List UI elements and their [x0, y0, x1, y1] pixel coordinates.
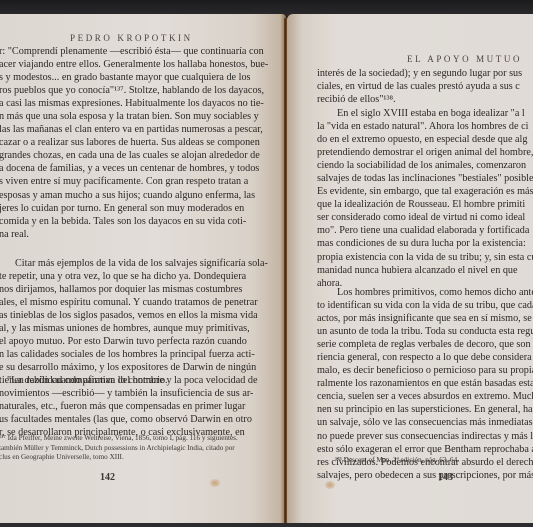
text-line: do en el extremo opuesto, en especial de… — [317, 133, 533, 146]
text-line: pretendiendo demostrar el origen animal … — [317, 146, 533, 159]
text-line: que la idealización de Rousseau. El homb… — [317, 198, 533, 211]
footnote-line: ¹³⁷ Ida Pfeiffer, Meine zweite Weltreise… — [0, 434, 238, 444]
text-line: no puede prever sus consecuencias indire… — [317, 430, 533, 443]
text-line: propia existencia con la vida de su trib… — [317, 251, 533, 264]
text-line: Es evidente, sin embargo, que tal exager… — [317, 185, 533, 198]
text-line: cencia, suelen ser a veces absurdos en e… — [317, 390, 533, 403]
right-paragraph-2: En el siglo XVIII estaba en boga idealiz… — [317, 107, 533, 290]
text-line: cazar o a realizar sus labores de huerta… — [0, 136, 268, 149]
text-line: las las mañanas el clan entero va en par… — [0, 123, 268, 136]
text-line: a casi las mismas expresiones. Habitualm… — [0, 97, 268, 110]
text-line: e su desarrollo máximo, y los expositore… — [0, 361, 268, 374]
footnote-line: clus en Geographie Universelle, tomo XII… — [0, 453, 238, 463]
left-footnotes: ¹³⁷ Ida Pfeiffer, Meine zweite Weltreise… — [0, 434, 238, 463]
paper-stain — [210, 479, 220, 487]
text-line: la "vida en estado natural". Ahora los h… — [317, 120, 533, 133]
text-line: as tinieblas de los siglos pasados, vemo… — [0, 309, 268, 322]
text-line: n más que una sola esposa y la tratan bi… — [0, 110, 268, 123]
left-page-number: 142 — [100, 472, 115, 483]
left-running-head: PEDRO KROPOTKIN — [70, 33, 193, 43]
text-line: s viven entre sí muy pacíficamente. Con … — [0, 175, 268, 188]
paper-stain — [325, 481, 335, 489]
text-line: manidad nunca hubiera alcanzado el nivel… — [317, 264, 533, 277]
background-bottom — [0, 523, 533, 527]
text-line: un salvaje, sólo ve las consecuencias má… — [317, 416, 533, 429]
text-line: "La debilidad comparativa del hombre y l… — [0, 374, 258, 387]
text-line: grandes chozas, en cada una de las cuale… — [0, 149, 268, 162]
text-line: mas condiciones de su dura lucha por la … — [317, 237, 533, 250]
right-paragraph-1: interés de la sociedad); y en segundo lu… — [317, 67, 522, 106]
right-page-number: 143 — [438, 472, 453, 483]
text-line: En el siglo XVIII estaba en boga idealiz… — [317, 107, 533, 120]
right-paragraph-3: Los hombres primitivos, como hemos dicho… — [317, 286, 533, 482]
left-paragraph-1: r: "Comprendí plenamente —escribió ésta—… — [0, 45, 268, 241]
right-page: EL APOYO MUTUO interés de la sociedad); … — [287, 14, 533, 523]
text-line: riencia general, con respecto a lo que d… — [317, 351, 533, 364]
text-line: interés de la sociedad); y en segundo lu… — [317, 67, 522, 80]
text-line: mo". Pero tiene una cualidad elaborada y… — [317, 224, 533, 237]
text-line: Citar más ejemplos de la vida de los sal… — [0, 257, 268, 270]
left-paragraph-2: Citar más ejemplos de la vida de los sal… — [0, 257, 268, 387]
text-line: actos, por más insignificante que sea en… — [317, 312, 533, 325]
footnote-line: también Müller y Temminck, Dutch possess… — [0, 444, 238, 454]
text-line: nen su principio en las supersticiones. … — [317, 403, 533, 416]
text-line: ales, el mismo espíritu comunal. Y cuand… — [0, 296, 268, 309]
text-line: to identifican su vida con la vida de su… — [317, 299, 533, 312]
right-footnotes: ¹³⁸ Descent of Man, 2ª edición, pág. 63,… — [335, 456, 459, 466]
text-line: esto sólo exageran el error que Bentham … — [317, 443, 533, 456]
text-line: ralmente los razonamientos en que están … — [317, 377, 533, 390]
left-paragraph-3: "La debilidad comparativa del hombre y l… — [0, 374, 258, 439]
text-line: a docena de familias, y a veces un cente… — [0, 162, 268, 175]
text-line: ciendo la sociabilidad de los animales, … — [317, 159, 533, 172]
text-line: r: "Comprendí plenamente —escribió ésta—… — [0, 45, 268, 58]
text-line: us facultades mentales (las que, como ob… — [0, 413, 258, 426]
text-line: comida y en la bebida. Tales son los day… — [0, 215, 268, 228]
text-line: acer viajando entre ellos. Generalmente … — [0, 58, 268, 71]
running-head-text: PEDRO KROPOTKIN — [70, 33, 193, 43]
text-line: al, y las mismas uniones de hombres, aun… — [0, 322, 268, 335]
text-line: jeres lo cuidan por turno. En general so… — [0, 202, 268, 215]
left-page: PEDRO KROPOTKIN r: "Comprendí plenamente… — [0, 14, 286, 523]
running-head-text: EL APOYO MUTUO — [407, 54, 522, 64]
text-line: Los hombres primitivos, como hemos dicho… — [317, 286, 533, 299]
text-line: recibió de ellos"¹³⁸. — [317, 93, 522, 106]
text-line: s y modestos... en grado bastante mayor … — [0, 71, 268, 84]
text-line: novimientos —escribió— y también la insu… — [0, 387, 258, 400]
text-line: naturales, etc., fueron más que compensa… — [0, 400, 258, 413]
text-line: esposas y aman mucho a sus hijos; cuando… — [0, 189, 268, 202]
text-line: malo, es decir beneficioso o pernicioso … — [317, 364, 533, 377]
text-line: el apoyo mutuo. Por esto Darwin tuvo per… — [0, 335, 268, 348]
text-line: nos dirijamos, hallamos por doquier las … — [0, 283, 268, 296]
text-line: ros pueblos que yo conocía"¹³⁷. Stoltze,… — [0, 84, 268, 97]
text-line: n las calidades sociales de los hombres … — [0, 348, 268, 361]
footnote-line: ¹³⁸ Descent of Man, 2ª edición, pág. 63,… — [335, 456, 459, 466]
text-line: na real. — [0, 228, 268, 241]
text-line: serie completa de reglas verbales de dec… — [317, 338, 533, 351]
text-line: un asunto de toda la tribu. Toda su cond… — [317, 325, 533, 338]
text-line: salvajes de todas las inclinaciones "bes… — [317, 172, 533, 185]
text-line: ciales, en virtud de las cuales prestó a… — [317, 80, 522, 93]
text-line: ser considerado como ideal de virtud ni … — [317, 211, 533, 224]
text-line: salvajes, pero obedecen a sus prescripci… — [317, 469, 533, 482]
text-line: te repetir, una y otra vez, lo que se ha… — [0, 270, 268, 283]
right-running-head: EL APOYO MUTUO — [407, 54, 522, 64]
